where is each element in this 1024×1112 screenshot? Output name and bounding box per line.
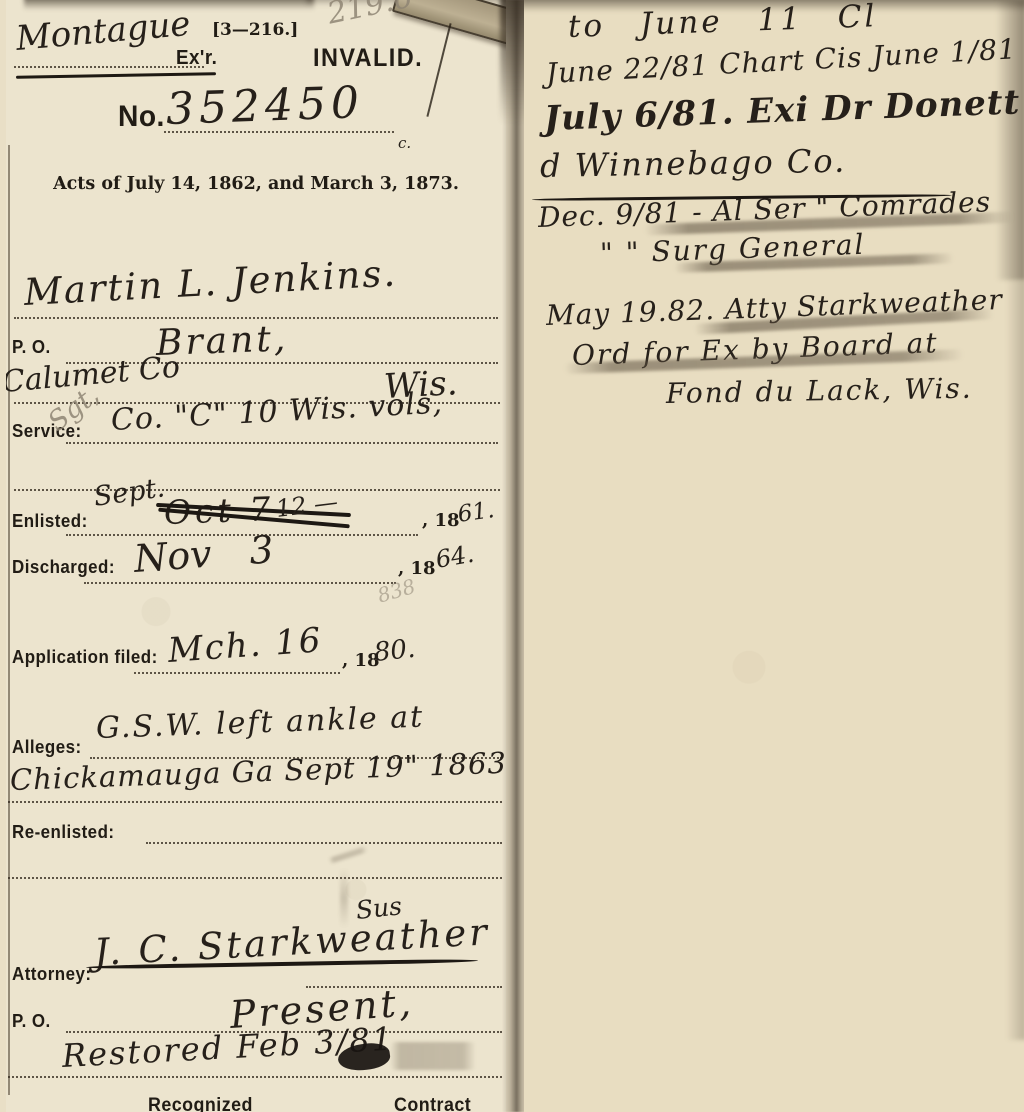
application-value: Mch. 16 <box>167 623 324 668</box>
pencil-mark: 838 <box>375 576 417 606</box>
left-page-edge <box>8 145 10 1095</box>
note-line: Fond du Lack, Wis. <box>666 375 973 408</box>
ink-underline <box>16 72 216 78</box>
dotted-rule <box>8 877 502 879</box>
no-label: No. <box>118 102 165 132</box>
c-mark: c. <box>398 136 411 151</box>
invalid-heading: INVALID. <box>313 46 423 71</box>
soldier-name: Martin L. Jenkins. <box>23 254 398 310</box>
po2-label: P. O. <box>12 1012 51 1030</box>
crease-line <box>426 23 451 117</box>
right-edge-smudge <box>1006 280 1024 1040</box>
discharged-year: 64. <box>434 542 476 572</box>
acts-line: Acts of July 14, 1862, and March 3, 1873… <box>44 176 468 194</box>
service-value: Co. "C" 10 Wis. vols, <box>110 389 443 436</box>
enlisted-year-prefix: , 18 <box>422 512 460 530</box>
pencil-number: 219.6 <box>325 0 415 30</box>
right-page: to June 11 Cl June 22/81 Chart Cis June … <box>524 0 1024 1112</box>
attorney-label: Attorney: <box>12 965 91 983</box>
alleges-label: Alleges: <box>12 738 82 756</box>
dotted-rule <box>164 131 394 133</box>
dotted-rule <box>146 842 502 844</box>
enlisted-year: 61. <box>456 499 495 527</box>
application-year: 80. <box>373 636 417 666</box>
application-label: Application filed: <box>12 648 158 666</box>
dotted-rule <box>84 582 396 584</box>
contract-label: Contract <box>394 1096 471 1112</box>
note-line: d Winnebago Co. <box>540 145 847 182</box>
reenlisted-label: Re-enlisted: <box>12 823 114 841</box>
po-label: P. O. <box>12 338 51 356</box>
enlisted-label: Enlisted: <box>12 512 88 530</box>
left-page: Montague [3—216.] Ex'r. INVALID. 219.6 N… <box>6 0 506 1112</box>
form-number: [3—216.] <box>212 22 298 39</box>
recognized-label: Recognized <box>148 1096 253 1112</box>
case-number: 352450 <box>165 81 364 132</box>
scanned-pension-card: Montague [3—216.] Ex'r. INVALID. 219.6 N… <box>0 0 1024 1112</box>
pencil-smudge <box>390 1042 476 1070</box>
alleges-line1: G.S.W. left ankle at <box>95 703 424 744</box>
discharged-label: Discharged: <box>12 558 115 576</box>
dotted-rule <box>8 1076 502 1078</box>
montague-annotation: Montague <box>15 7 192 56</box>
pencil-ghost <box>328 846 368 864</box>
note-line: July 6/81. Exi Dr Donett <box>543 85 1020 136</box>
dotted-rule <box>134 672 340 674</box>
exr-label: Ex'r. <box>176 48 217 68</box>
dotted-rule <box>8 801 502 803</box>
enlisted-day: 12 — <box>275 490 340 521</box>
alleges-line2: Chickamauga Ga Sept 19" 1863 <box>9 749 506 795</box>
dotted-rule <box>66 442 498 444</box>
note-line: to June 11 Cl <box>567 1 877 43</box>
discharged-value: Nov 3 <box>133 530 275 578</box>
